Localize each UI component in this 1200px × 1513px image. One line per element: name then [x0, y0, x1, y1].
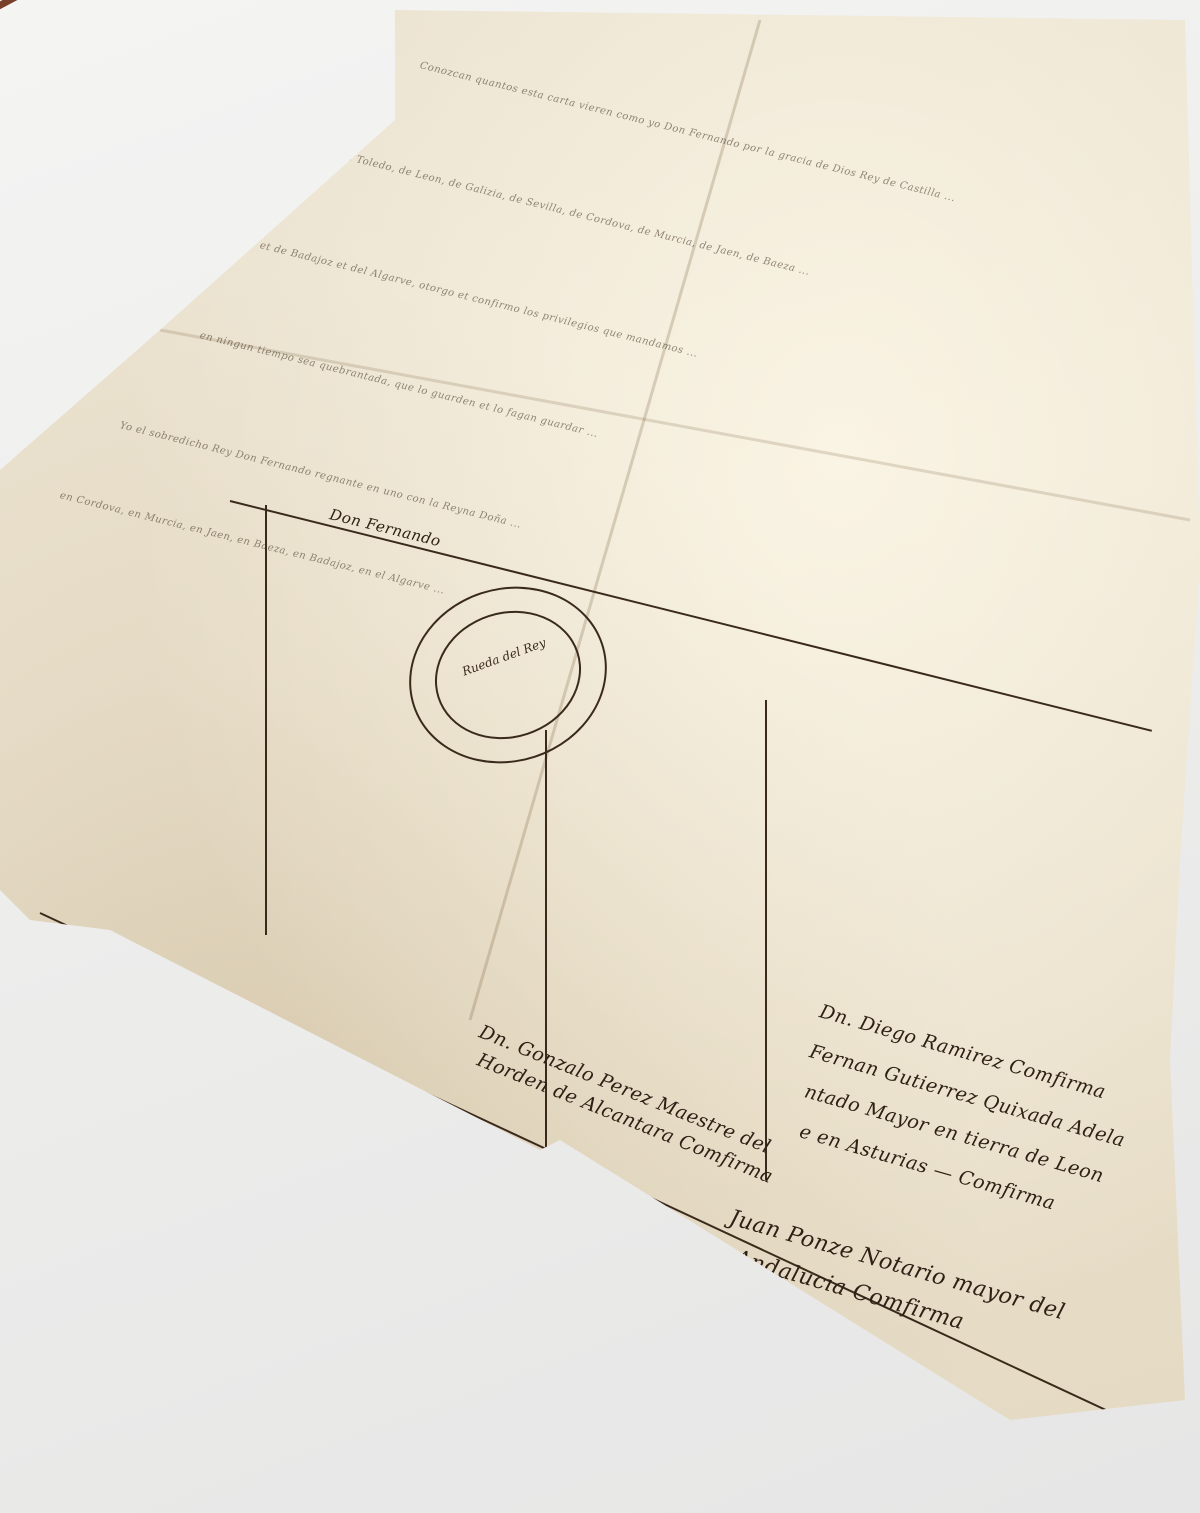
body-text-line: en ningun tiempo sea quebrantada, que lo… [199, 330, 599, 440]
column-rule [230, 500, 1152, 732]
body-text-line: Yo el sobredicho Rey Don Fernando regnan… [119, 420, 523, 531]
body-text-line: Conozcan quantos esta carta vieren como … [419, 60, 957, 204]
column-divider [765, 700, 767, 1180]
confirmation-line: Dn. Diego Gutierrez de Zeballos Almirant… [40, 966, 688, 1284]
confirmation-line: Horden de Alcantara Comfirma [474, 1049, 776, 1188]
fold-lines [0, 0, 1200, 1513]
parchment-sheet: Conozcan quantos esta carta vieren como … [0, 0, 1200, 1513]
body-text-line: et de Badajoz et del Algarve, otorgo et … [259, 240, 699, 360]
confirmation-line: Pero Lopez Notario mayor de Castilla Com… [30, 993, 480, 1218]
royal-seal [386, 561, 630, 788]
body-text-line: de Toledo, de Leon, de Galizia, de Sevil… [339, 150, 811, 278]
frame-edge [0, 0, 80, 18]
column-divider [265, 505, 267, 935]
